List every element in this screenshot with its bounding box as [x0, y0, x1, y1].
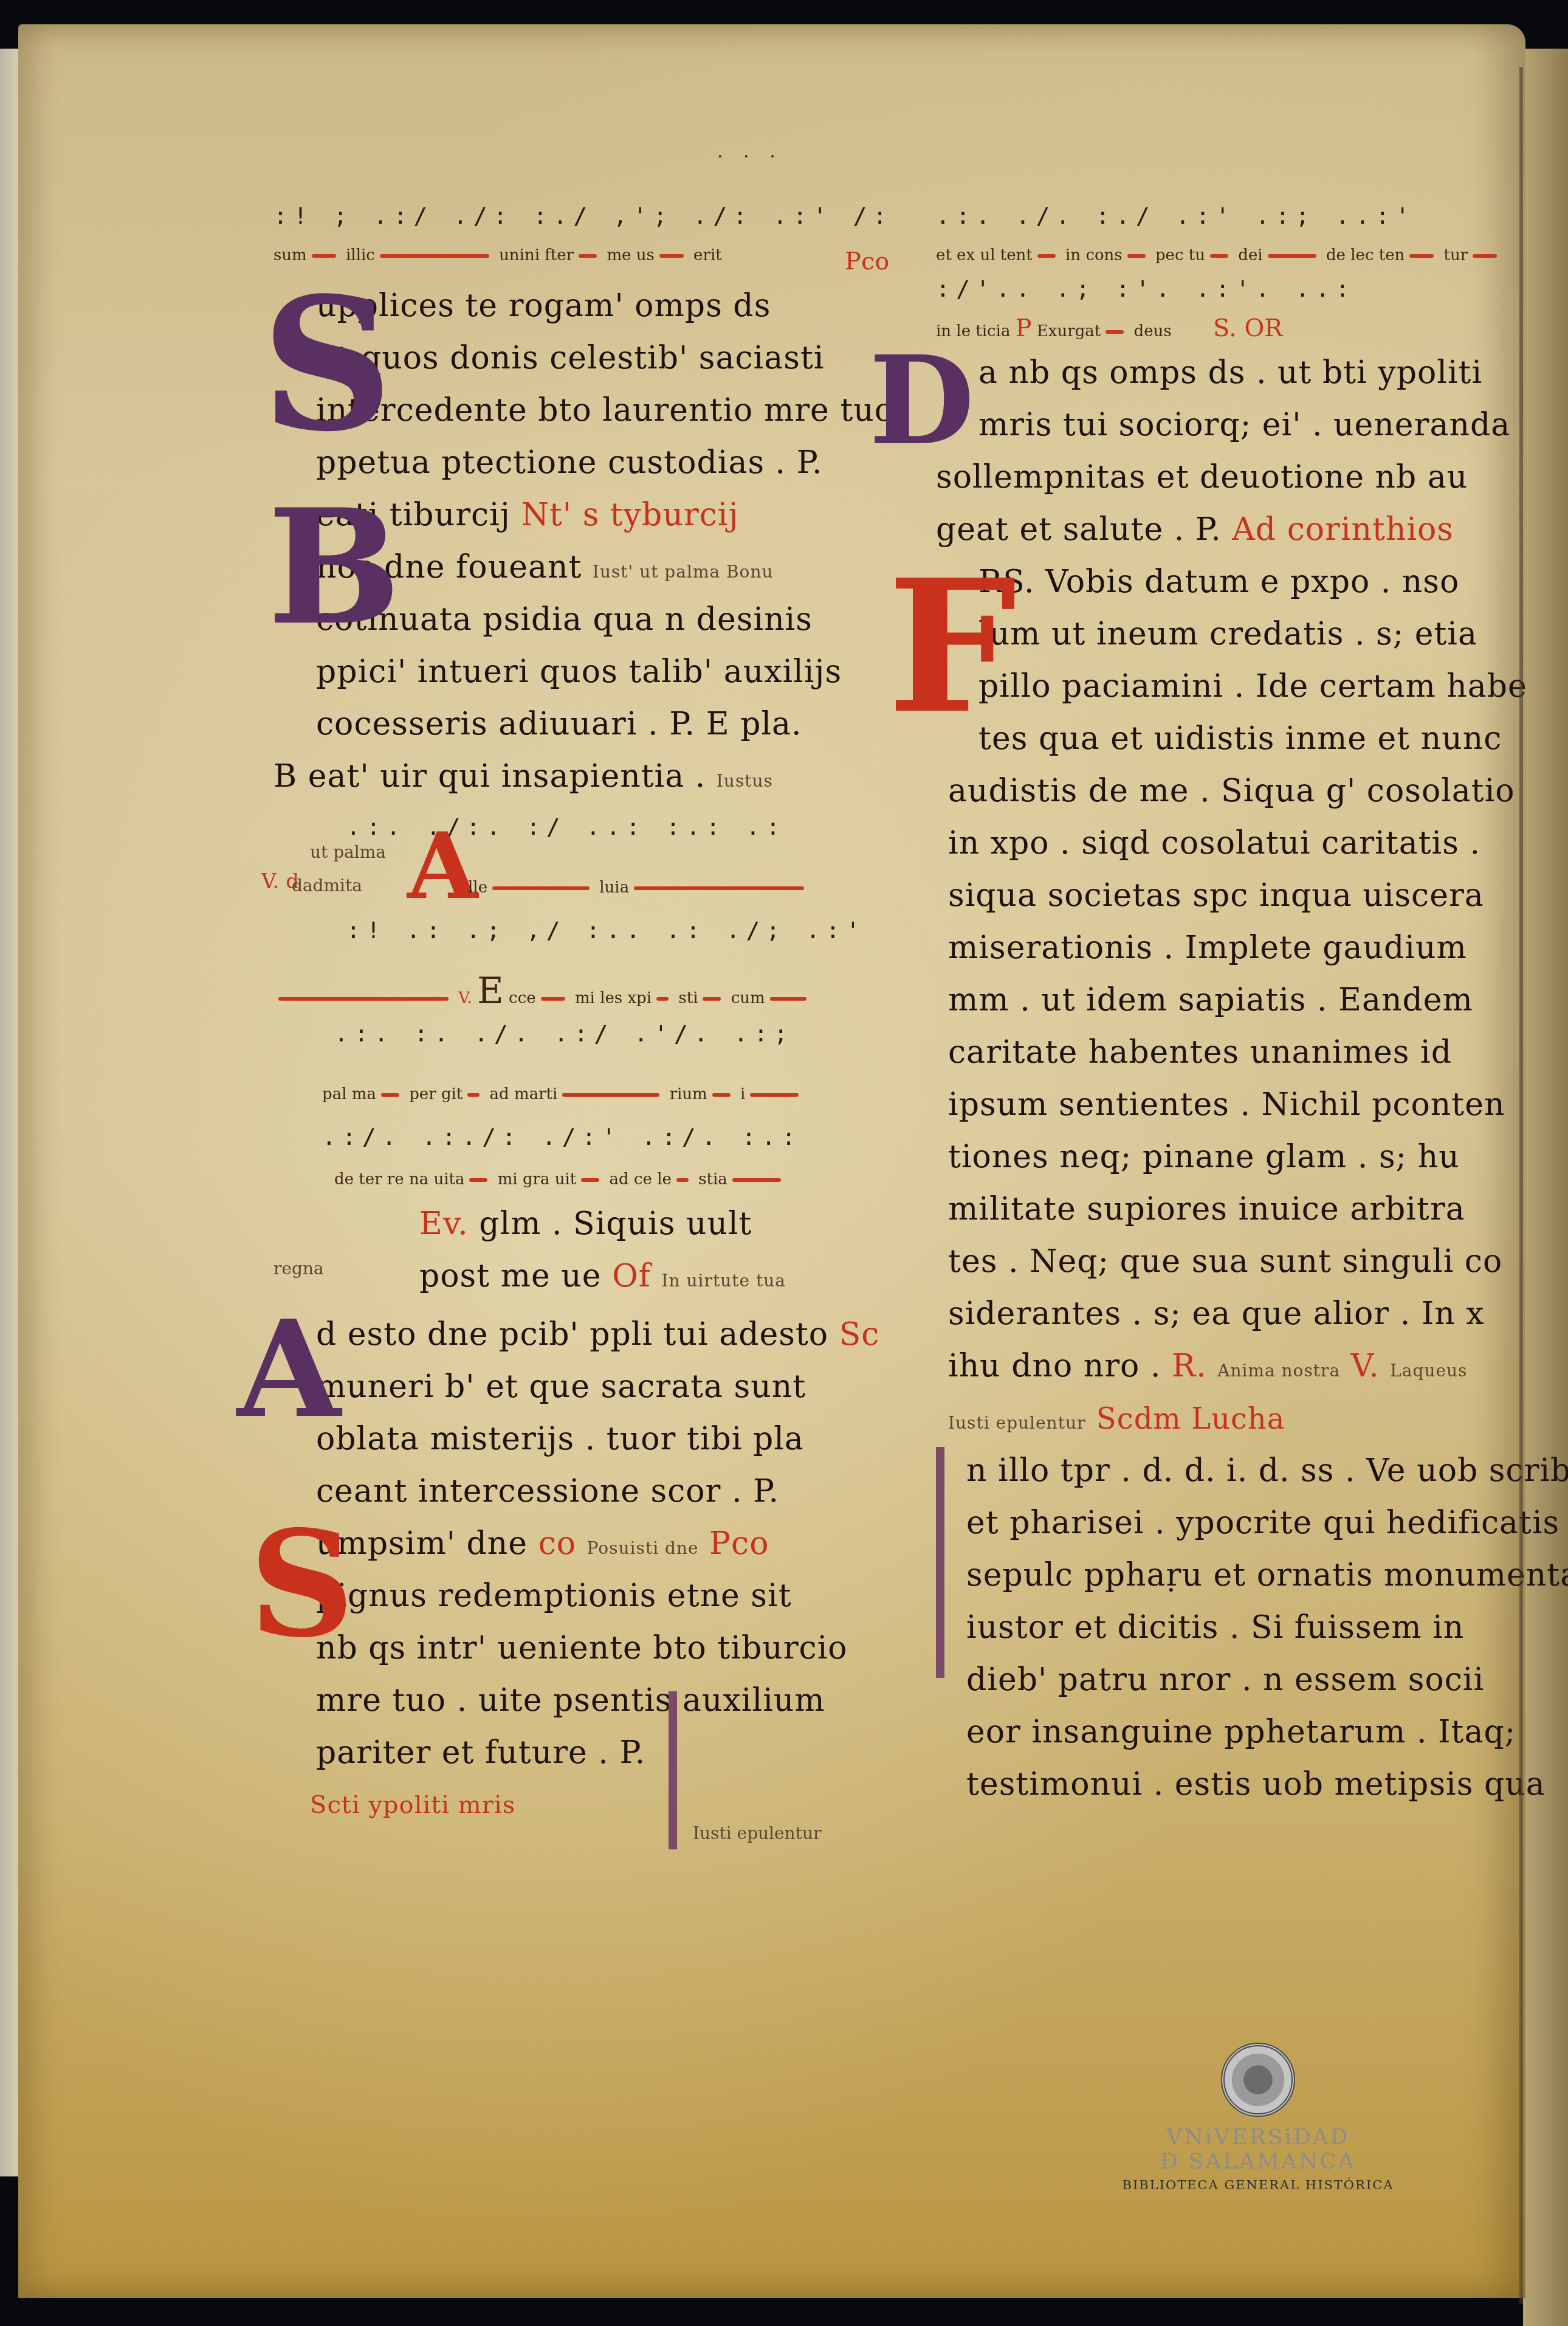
decorated-initial: I [936, 1447, 944, 1678]
decorated-initial: F [887, 556, 1017, 738]
decorated-initial: D [869, 340, 974, 462]
verse-block: :! .: .; ,/ :.. .: ./; .:' V. E cce mi l… [273, 912, 912, 1015]
binding-stub [0, 49, 21, 2176]
interlinear-gloss: Iust' ut palma Bonu [593, 562, 774, 582]
gospel-block: Iusti epulentur Scdm Lucha I n illo tpr … [936, 1392, 1519, 1810]
foliation-mark: · · · [717, 146, 783, 167]
decorated-initial: S [261, 274, 393, 456]
next-leaf-edge [1523, 49, 1568, 2326]
initial-i-bar [669, 1691, 677, 1849]
verse-block: .:/. .:./: ./:' .:/. :.: de ter re na ui… [273, 1119, 912, 1198]
gospel-reference: Ev. glm . Siquis uult post me ue Of In u… [273, 1198, 912, 1302]
left-column: :! ; .:/ ./: :./ ,'; ./: .:' /: .; ./ su… [273, 188, 912, 1831]
decorated-initial: S [249, 1511, 354, 1657]
rubric-heading: Nt' s tyburcij [521, 497, 738, 533]
library-watermark: VNiVERSiDAD Đ SALAMANCA BIBLIOTECA GENER… [1118, 2043, 1398, 2192]
rubric-heading: Ad corinthios [1232, 511, 1454, 548]
manuscript-folio: · · · :! ; .:/ ./: :./ ,'; ./: .:' /: .;… [18, 24, 1525, 2298]
prayer-block: B eati tiburcij Nt' s tyburcij nos dne f… [273, 489, 912, 802]
neume-line: :! ; .:/ ./: :./ ,'; ./: .:' /: .; ./ [273, 188, 912, 243]
decorated-initial: B [267, 489, 401, 647]
right-column: .:. ./. :./ .:' .:; ..:' et ex ul tent i… [936, 188, 1519, 1810]
prayer-block: S umpsim' dne co Posuisti dne Pco pignus… [273, 1517, 912, 1779]
prayer-block: A d esto dne pcib' ppli tui adesto Sc mu… [273, 1308, 912, 1517]
alleluia-block: .:. ./:. :/ ..: :.: .: ut palma V. d dad… [273, 809, 912, 912]
chant-lyrics: et ex ul tent in cons pec tu dei de lec … [936, 243, 1519, 267]
prayer-block: S upplices te rogam' omps ds ut quos don… [273, 280, 912, 489]
rubric-heading: Scdm Lucha [1096, 1402, 1285, 1436]
prayer-block: D a nb qs omps ds . ut bti ypoliti mris … [936, 347, 1519, 556]
university-seal-icon [1221, 2043, 1295, 2117]
page-edge [1519, 67, 1523, 2304]
verse-block: .:. :. ./. .:/ .'/. .:; pal ma per git a… [273, 1015, 912, 1119]
decorated-initial: A [407, 821, 478, 912]
decorated-initial: A [237, 1302, 341, 1436]
rubric-marginal: Pco [845, 249, 889, 274]
epistle-block: F RS. Vobis datum e pxpo . nso lum ut in… [936, 556, 1519, 1392]
